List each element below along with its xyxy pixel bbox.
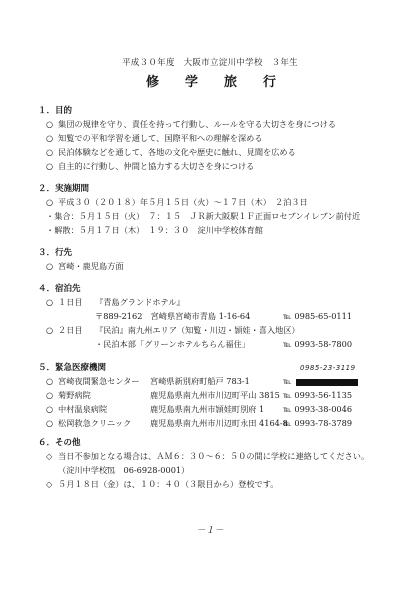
phone-icon: ℡ bbox=[283, 418, 292, 428]
circle-bullet-icon: ○ bbox=[46, 390, 58, 400]
period-main: ○平成３０（２０１８）年５月１５日（火）～１７日（木） ２泊３日 bbox=[46, 197, 308, 208]
circle-bullet-icon: ○ bbox=[46, 197, 58, 207]
phone-icon: ℡ bbox=[283, 376, 292, 386]
medical-address: 宮崎県新別府町船戸 783-1 bbox=[150, 376, 250, 387]
medical-name: ○菊野病院 bbox=[46, 390, 91, 401]
other-note-2: ◇５月１８日（金）は、１０：４０（３限目から）登校です。 bbox=[46, 479, 278, 490]
circle-bullet-icon: ○ bbox=[46, 418, 58, 428]
lodging-day2-label: ○２日目 bbox=[46, 325, 83, 336]
section-heading-other: ６．その他 bbox=[38, 436, 81, 448]
circle-bullet-icon: ○ bbox=[46, 376, 58, 386]
document-subtitle: 平成３０年度 大阪市立淀川中学校 ３年生 bbox=[0, 56, 420, 68]
lodging-day1-address: 〒889-2162 宮崎県宮崎市青島 1-16-64 bbox=[95, 311, 250, 322]
period-dismissal: ・解散：５月１７日（木） １９：３０ 淀川中学校体育館 bbox=[46, 225, 263, 236]
circle-bullet-icon: ○ bbox=[46, 119, 58, 129]
period-assembly: ・集合：５月１５日（火） ７：１５ ＪＲ新大阪駅１Ｆ正面ロセブンイレブン前付近 bbox=[46, 211, 360, 222]
medical-tel: ℡ 0993-56-1135 bbox=[283, 390, 352, 400]
phone-icon: ℡ bbox=[283, 390, 292, 400]
circle-bullet-icon: ○ bbox=[46, 261, 58, 271]
circle-bullet-icon: ○ bbox=[46, 133, 58, 143]
medical-tel: ℡ bbox=[283, 376, 358, 386]
diamond-bullet-icon: ◇ bbox=[46, 479, 58, 489]
medical-tel: ℡ 0993-78-3789 bbox=[283, 418, 352, 428]
destination-item: ○宮崎・鹿児島方面 bbox=[46, 261, 124, 272]
page-number: －１－ bbox=[0, 523, 420, 536]
circle-bullet-icon: ○ bbox=[46, 161, 58, 171]
section-heading-purpose: １．目的 bbox=[38, 104, 72, 116]
phone-icon: ℡ bbox=[283, 404, 292, 414]
document-title: 修学旅行 bbox=[146, 71, 302, 90]
other-note-1-contact: （淀川中学校℡ 06-6928-0001） bbox=[58, 465, 189, 476]
phone-icon: ℡ bbox=[283, 339, 292, 349]
medical-name: ○宮崎夜間緊急センター bbox=[46, 376, 140, 387]
section-heading-destination: ３．行先 bbox=[38, 246, 72, 258]
circle-bullet-icon: ○ bbox=[46, 297, 58, 307]
medical-address: 鹿児島県南九州市川辺町永田 4164-8 bbox=[150, 418, 288, 429]
diamond-bullet-icon: ◇ bbox=[46, 451, 58, 461]
medical-name: ○松岡救急クリニック bbox=[46, 418, 131, 429]
lodging-day2-hq: ・民泊本部「グリーンホテルちらん福住」 bbox=[95, 339, 250, 350]
section-heading-lodging: ４．宿泊先 bbox=[38, 282, 81, 294]
medical-address: 鹿児島県南九州市頴娃町別府 1 bbox=[150, 404, 264, 415]
other-note-1: ◇当日不参加となる場合は、ＡＭ６：３０～６：５０の間に学校に連絡してください。 bbox=[46, 451, 369, 462]
lodging-day1-label: ○１日目 bbox=[46, 297, 83, 308]
section-heading-medical: ５．緊急医療機関 bbox=[38, 361, 106, 373]
medical-address: 鹿児島県南九州市川辺町平山 3815 bbox=[150, 390, 280, 401]
circle-bullet-icon: ○ bbox=[46, 147, 58, 157]
circle-bullet-icon: ○ bbox=[46, 404, 58, 414]
purpose-item: ○自主的に行動し、仲間と協力する大切さを身につける bbox=[46, 161, 254, 172]
medical-name: ○中村温泉病院 bbox=[46, 404, 107, 415]
medical-tel: ℡ 0993-38-0046 bbox=[283, 404, 352, 414]
redaction-bar bbox=[296, 379, 358, 386]
purpose-item: ○民泊体験などを通して、各地の文化や歴史に触れ、見聞を広める bbox=[46, 147, 296, 158]
lodging-day2-name: 『民泊』南九州エリア（知覧・川辺・頴娃・喜入地区） bbox=[95, 325, 300, 336]
section-heading-period: ２．実施期間 bbox=[38, 182, 89, 194]
lodging-day1-name: 『青島グランドホテル』 bbox=[95, 297, 185, 308]
phone-icon: ℡ bbox=[283, 311, 292, 321]
circle-bullet-icon: ○ bbox=[46, 325, 58, 335]
handwritten-phone: 0985-23-3119 bbox=[300, 364, 356, 372]
purpose-item: ○知覧での平和学習を通して、国際平和への理解を深める bbox=[46, 133, 263, 144]
purpose-item: ○集団の規律を守り、責任を持って行動し、ルールを守る大切さを身につける bbox=[46, 119, 336, 130]
lodging-day2-tel: ℡ 0993-58-7800 bbox=[283, 339, 352, 349]
lodging-day1-tel: ℡ 0985-65-0111 bbox=[283, 311, 352, 321]
